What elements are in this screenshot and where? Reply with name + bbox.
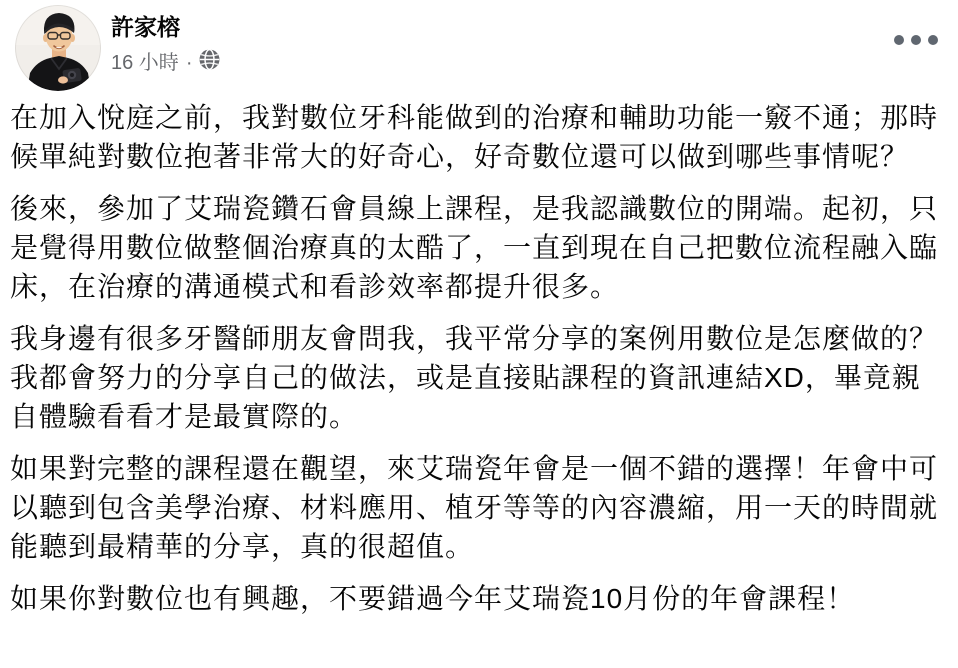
post-paragraph: 我身邊有很多牙醫師朋友會問我，我平常分享的案例用數位是怎麼做的？我都會努力的分享… — [10, 319, 948, 436]
avatar-photo — [15, 5, 101, 91]
privacy-globe-icon — [199, 49, 220, 76]
post-content: 在加入悅庭之前，我對數位牙科能做到的治療和輔助功能一竅不通；那時候單純對數位抱著… — [0, 98, 958, 618]
post-header: 許家榕 16 小時 · — [0, 0, 958, 91]
post-meta: 16 小時 · — [111, 49, 220, 76]
post-paragraph: 如果對完整的課程還在觀望，來艾瑞瓷年會是一個不錯的選擇！年會中可以聽到包含美學治… — [10, 449, 948, 566]
post-paragraph: 如果你對數位也有興趣，不要錯過今年艾瑞瓷10月份的年會課程！ — [10, 579, 948, 618]
post-paragraph: 在加入悅庭之前，我對數位牙科能做到的治療和輔助功能一竅不通；那時候單純對數位抱著… — [10, 98, 948, 176]
timestamp[interactable]: 16 小時 — [111, 51, 179, 75]
ellipsis-icon — [894, 35, 904, 45]
post-options-button[interactable] — [890, 22, 942, 58]
author-name[interactable]: 許家榕 — [111, 12, 220, 42]
meta-separator: · — [186, 51, 193, 75]
avatar[interactable] — [15, 5, 101, 91]
ellipsis-icon — [911, 35, 921, 45]
facebook-post: 許家榕 16 小時 · — [0, 0, 958, 668]
post-paragraph: 後來，參加了艾瑞瓷鑽石會員線上課程，是我認識數位的開端。起初，只是覺得用數位做整… — [10, 189, 948, 306]
header-info: 許家榕 16 小時 · — [111, 5, 220, 76]
ellipsis-icon — [928, 35, 938, 45]
